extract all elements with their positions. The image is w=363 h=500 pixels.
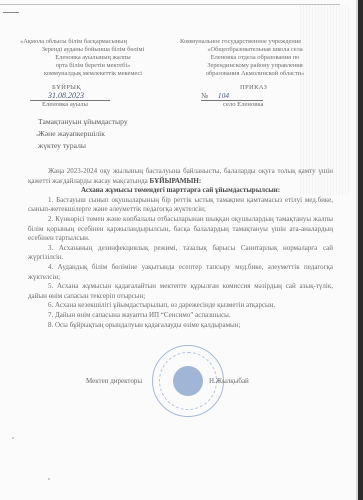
- header-russian: Коммунальное государственное учреждение …: [180, 38, 330, 78]
- list-item: 8. Осы бұйрықтың орындалуын қадағалауды …: [28, 321, 333, 331]
- list-item: 2. Күнкөрісі төмен және көпбалалы отбасы…: [28, 215, 333, 244]
- order-title: ПРИКАЗ: [205, 84, 285, 92]
- scan-top-edge: [0, 4, 340, 5]
- signature-role: Мектеп директоры: [86, 377, 142, 385]
- stamp-emblem-icon: [173, 366, 203, 396]
- number-sign: №: [201, 91, 208, 100]
- header-line: Зерендинскому району управления: [180, 62, 330, 70]
- header-line: Еленовка отдела образования по: [180, 54, 330, 62]
- list-item: 6. Асхана кезекшілігі ұйымдастырылып, өз…: [28, 301, 333, 311]
- subject-line: жүктеу туралы: [38, 140, 128, 152]
- order-subject: Тамақтануын ұйымдастыру Және жауапкершіл…: [38, 116, 128, 152]
- scan-speck: [36, 134, 38, 136]
- subject-line: Тамақтануын ұйымдастыру: [38, 116, 128, 128]
- order-keyword: БҰЙЫРАМЫН:: [150, 177, 202, 185]
- order-date: 31.08.2023: [30, 92, 110, 101]
- scan-mark: [3, 12, 19, 13]
- order-block-kazakh: БҰЙРЫҚ 31.08.2023 Еленовка ауылы: [30, 84, 110, 109]
- list-item: 3. Асхананың дезинфекциялық режимі, таза…: [28, 244, 333, 263]
- order-number: 104: [218, 91, 229, 100]
- list-item: 1. Бастауыш сынып оқушыларының бір ретті…: [28, 196, 333, 215]
- order-place: Еленовка ауылы: [30, 101, 110, 109]
- page-edge-dark: [358, 0, 363, 500]
- order-block-russian: ПРИКАЗ № 104 село Еленовка: [205, 84, 285, 109]
- header-line: коммуналдық мемлекеттік мекемесі: [18, 70, 168, 78]
- body-heading: Асхана жұмысы төмендегі шарттарға сай ұй…: [28, 186, 333, 196]
- list-item: 4. Аудандық білім бөліміне уақытында есе…: [28, 263, 333, 282]
- header-kazakh: «Ақмола облысы білім басқармасының Зерен…: [18, 38, 168, 78]
- signature-name: Н.Жылқыбай: [209, 377, 249, 385]
- header-line: орта білім беретін мектебі»: [18, 62, 168, 70]
- header-line: «Общеобразовательная школа села: [180, 46, 330, 54]
- header-line: Зеренді ауданы бойынша білім бөлімі: [18, 46, 168, 54]
- intro-paragraph: Жаңа 2023-2024 оқу жылының басталуына ба…: [28, 167, 333, 186]
- list-item: 7. Дайын өнім сапасына жауапты ИП “Сенси…: [28, 311, 333, 321]
- subject-line: Және жауапкершілік: [38, 128, 128, 140]
- scan-speck: [48, 478, 50, 480]
- order-place: село Еленовка: [205, 101, 285, 109]
- order-body: Жаңа 2023-2024 оқу жылының басталуына ба…: [28, 167, 333, 330]
- header-line: образования Акмолинской области»: [180, 70, 330, 78]
- header-line: Еленовка ауылының жалпы: [18, 54, 168, 62]
- order-number-line: № 104: [201, 92, 263, 101]
- header-line: «Ақмола облысы білім басқармасының: [18, 38, 168, 46]
- scan-speck: [12, 437, 14, 439]
- header-line: Коммунальное государственное учреждение: [180, 38, 330, 46]
- list-item: 5. Асхана жұмысын қадағалайтын мектепте …: [28, 282, 333, 301]
